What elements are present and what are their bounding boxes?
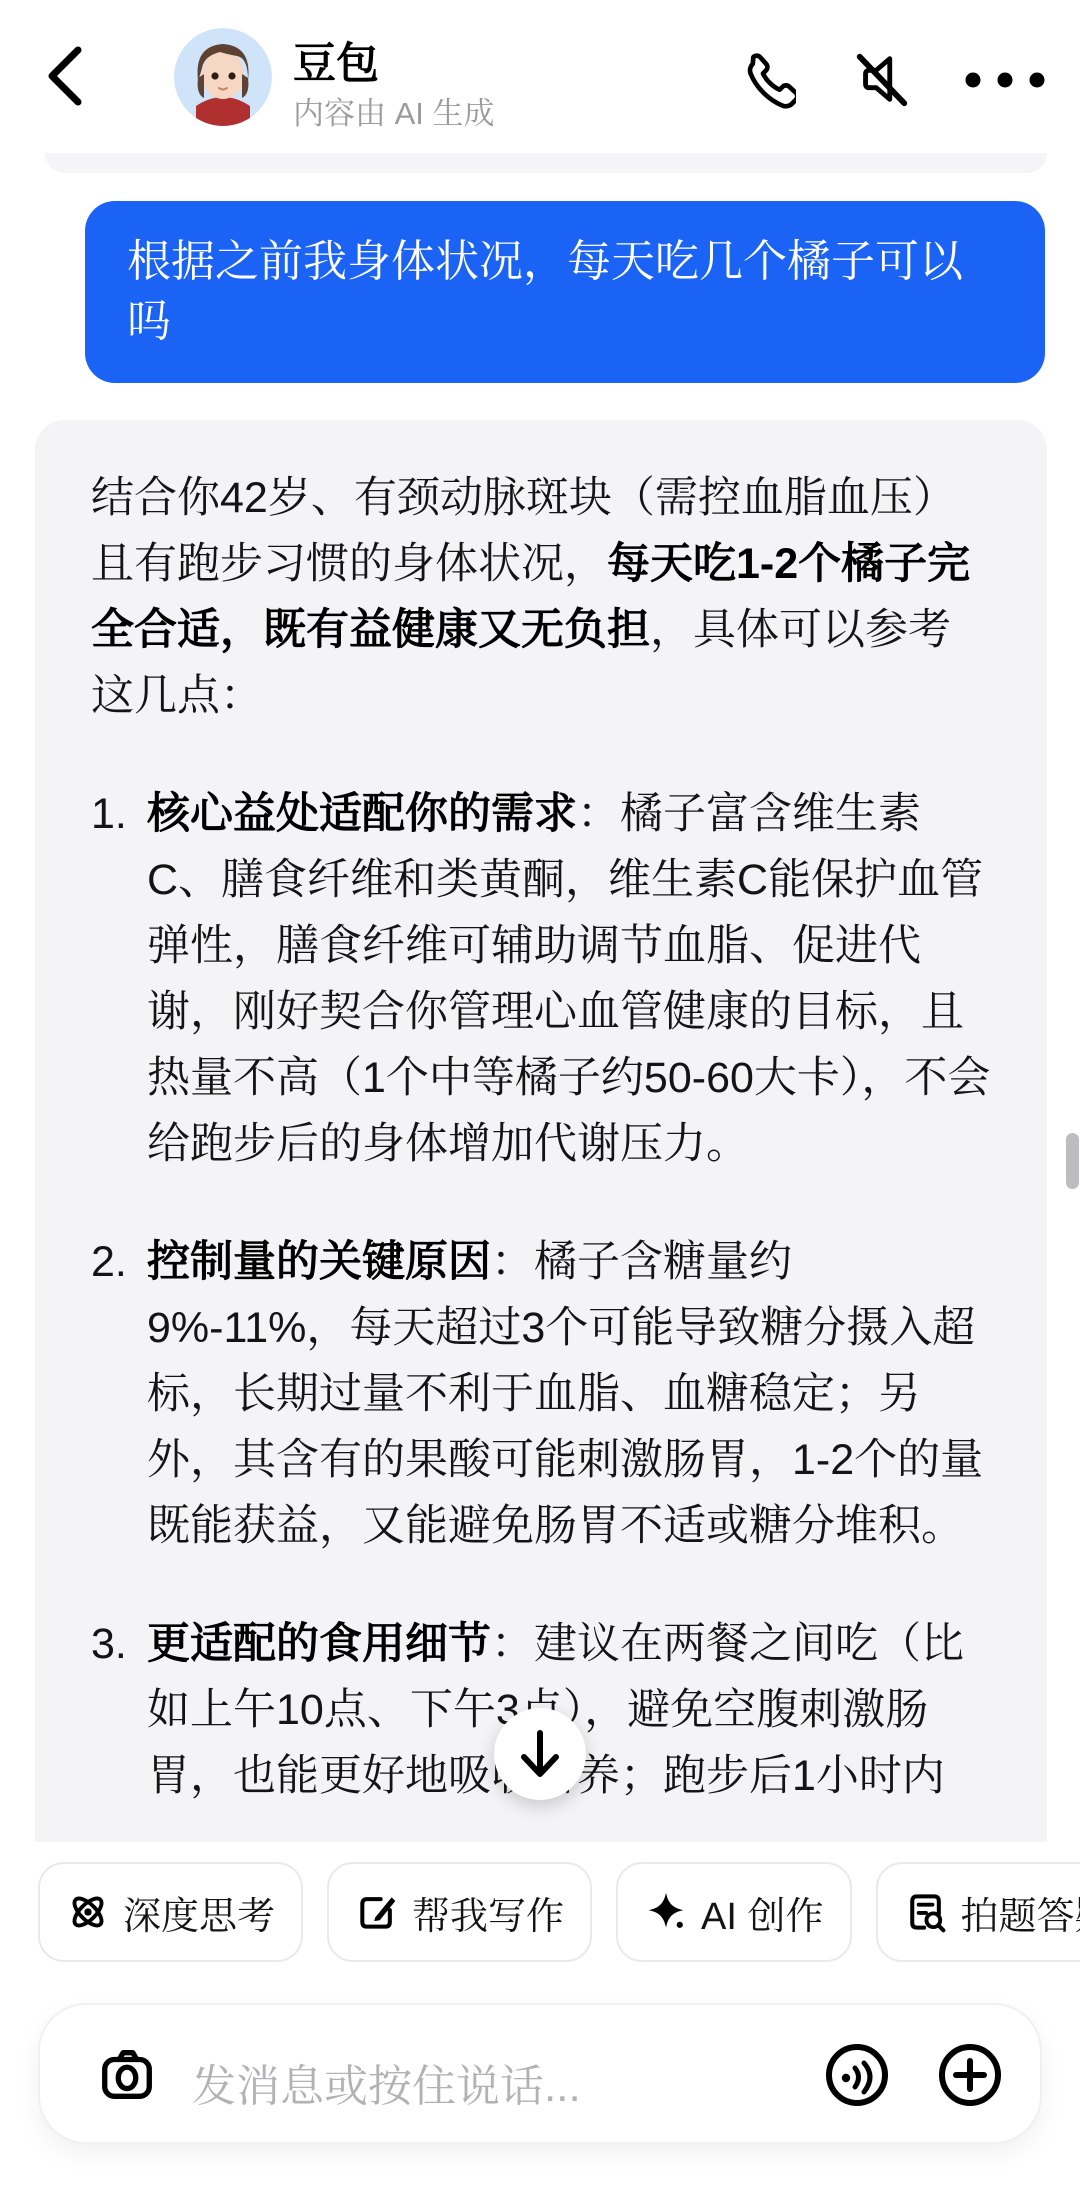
list-item-text: 控制量的关键原因：橘子含糖量约9%-11%，每天超过3个可能导致糖分摄入超标，长…	[147, 1229, 991, 1559]
list-item-text: 核心益处适配你的需求：橘子富含维生素C、膳食纤维和类黄酮，维生素C能保护血管弹性…	[147, 781, 991, 1177]
scrollbar-thumb[interactable]	[1066, 1133, 1079, 1189]
previous-message-bubble-clipped	[45, 153, 1047, 173]
list-number: 3.	[91, 1611, 147, 1809]
avatar[interactable]	[174, 28, 272, 126]
message-input-bar[interactable]: 发消息或按住说话...	[38, 2003, 1042, 2144]
chat-scroll-area[interactable]: 根据之前我身体状况，每天吃几个橘子可以吗 结合你42岁、有颈动脉斑块（需控血脂血…	[0, 130, 1080, 1842]
quick-action-toolbar: 深度思考 帮我写作 AI 创作 拍题答疑	[38, 1862, 1080, 1962]
phone-icon[interactable]	[736, 50, 796, 110]
plus-icon[interactable]	[938, 2043, 1002, 2107]
chip-deep-think[interactable]: 深度思考	[38, 1862, 303, 1962]
ai-generated-label: 内容由 AI 生成	[293, 88, 495, 133]
list-number: 2.	[91, 1229, 147, 1559]
scroll-to-bottom-button[interactable]	[494, 1708, 586, 1800]
sparkle-icon	[644, 1890, 688, 1934]
chip-help-me-write[interactable]: 帮我写作	[327, 1862, 592, 1962]
ai-message-bubble: 结合你42岁、有颈动脉斑块（需控血脂血压）且有跑步习惯的身体状况，每天吃1-2个…	[35, 420, 1047, 1842]
speaker-muted-icon[interactable]	[851, 48, 913, 110]
user-message-bubble: 根据之前我身体状况，每天吃几个橘子可以吗	[85, 201, 1045, 383]
assistant-name: 豆包	[293, 30, 379, 91]
doc-search-icon	[904, 1890, 948, 1934]
ai-list-item-1: 1. 核心益处适配你的需求：橘子富含维生素C、膳食纤维和类黄酮，维生素C能保护血…	[91, 781, 991, 1177]
voice-wave-icon[interactable]	[824, 2042, 890, 2108]
ai-list-item-2: 2. 控制量的关键原因：橘子含糖量约9%-11%，每天超过3个可能导致糖分摄入超…	[91, 1229, 991, 1559]
camera-icon[interactable]	[96, 2044, 158, 2106]
chip-photo-solve[interactable]: 拍题答疑	[876, 1862, 1080, 1962]
chat-header: 豆包 内容由 AI 生成	[0, 0, 1080, 130]
more-dots-icon[interactable]	[963, 72, 1047, 88]
chip-ai-create[interactable]: AI 创作	[616, 1862, 851, 1962]
message-input-placeholder[interactable]: 发消息或按住说话...	[192, 2050, 581, 2114]
atom-icon	[66, 1890, 110, 1934]
edit-icon	[355, 1890, 399, 1934]
ai-intro-paragraph: 结合你42岁、有颈动脉斑块（需控血脂血压）且有跑步习惯的身体状况，每天吃1-2个…	[91, 465, 991, 729]
list-number: 1.	[91, 781, 147, 1177]
arrow-down-icon	[517, 1728, 563, 1780]
back-chevron-icon[interactable]	[40, 44, 88, 108]
user-message-text: 根据之前我身体状况，每天吃几个橘子可以吗	[127, 237, 963, 346]
